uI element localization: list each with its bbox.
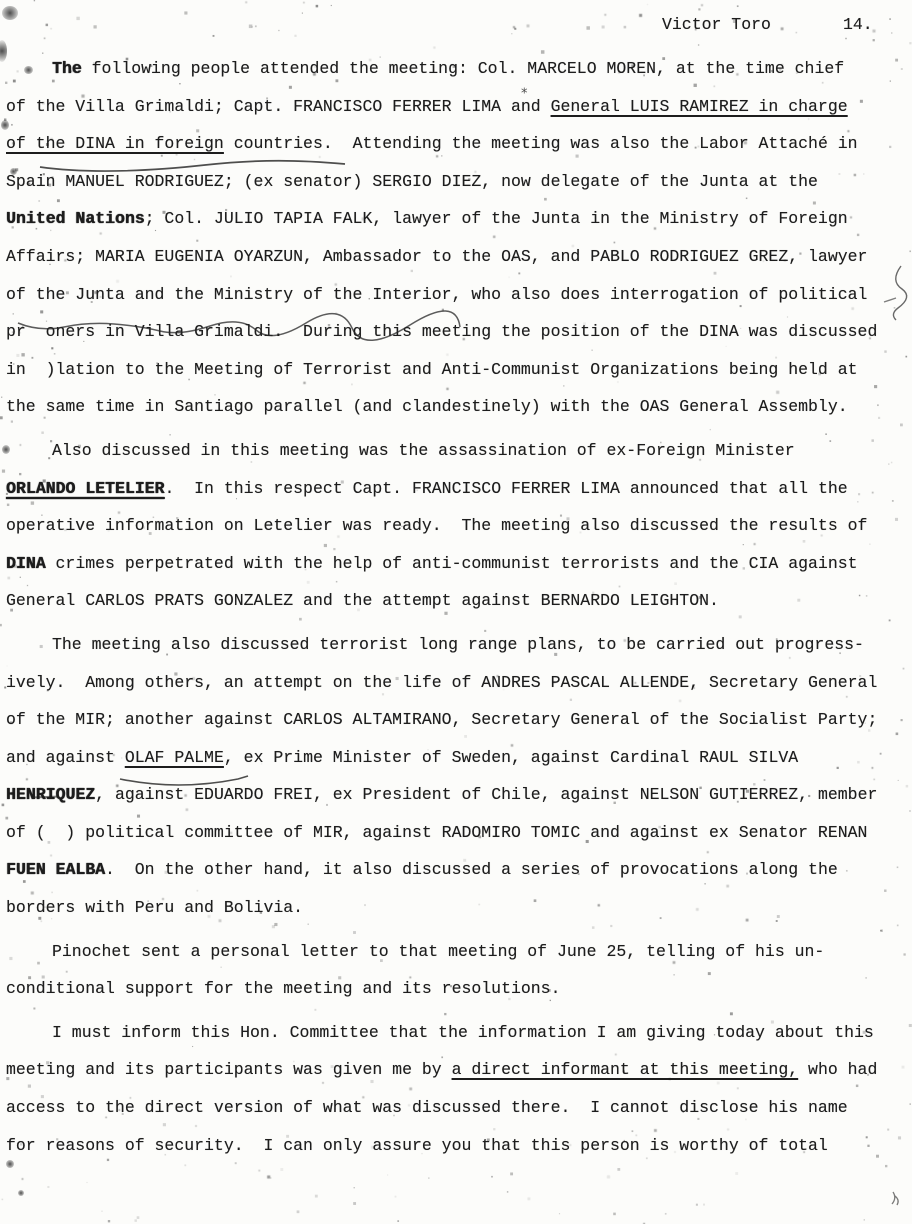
text-segment: following people attended the meeting: C… xyxy=(82,59,844,78)
text-line: of the MIR; another against CARLOS ALTAM… xyxy=(6,701,906,739)
text-line: of the Villa Grimaldi; Capt. FRANCISCO F… xyxy=(6,88,906,126)
margin-smudge xyxy=(6,1160,14,1168)
margin-smudge xyxy=(18,1190,24,1196)
text-segment: who had xyxy=(798,1060,877,1079)
text-segment: of the DINA in foreign xyxy=(6,134,224,153)
text-line: ively. Among others, an attempt on the l… xyxy=(6,664,906,702)
text-segment: pr oners in Villa Grimaldi. During this … xyxy=(6,322,877,341)
document-page: Victor Toro 14. The following people att… xyxy=(0,0,912,1224)
text-segment: of the Junta and the Ministry of the Int… xyxy=(6,285,867,304)
text-segment: OLAF PALME xyxy=(125,748,224,767)
scan-noise-layer xyxy=(0,0,1,1)
text-line: ORLANDO LETELIER. In this respect Capt. … xyxy=(6,470,906,508)
margin-smudge xyxy=(2,445,10,454)
text-segment: crimes perpetrated with the help of anti… xyxy=(46,554,858,573)
typed-asterisk-mark: ⁎ xyxy=(521,82,526,97)
page-number: 14. xyxy=(843,10,873,40)
document-body: The following people attended the meetin… xyxy=(6,50,906,1170)
text-line: conditional support for the meeting and … xyxy=(6,970,906,1008)
text-segment: . In this respect Capt. FRANCISCO FERRER… xyxy=(164,479,847,498)
text-line: meeting and its participants was given m… xyxy=(6,1051,906,1089)
corner-smudge xyxy=(2,6,18,20)
text-line: of ( ) political committee of MIR, again… xyxy=(6,814,906,852)
text-segment: for reasons of security. I can only assu… xyxy=(6,1136,828,1155)
text-segment: of the Villa Grimaldi; Capt. FRANCISCO F… xyxy=(6,97,551,116)
corner-smudge xyxy=(1,120,9,130)
text-segment: The xyxy=(52,59,82,78)
text-segment: ORLANDO LETELIER xyxy=(6,479,164,498)
text-segment: meeting and its participants was given m… xyxy=(6,1060,452,1079)
text-line: pr oners in Villa Grimaldi. During this … xyxy=(6,313,906,351)
text-line: FUEN EALBA. On the other hand, it also d… xyxy=(6,851,906,889)
paragraph: The meeting also discussed terrorist lon… xyxy=(6,626,906,927)
text-segment: the same time in Santiago parallel (and … xyxy=(6,397,848,416)
text-segment: a direct informant at this meeting, xyxy=(452,1060,799,1079)
text-line: I must inform this Hon. Committee that t… xyxy=(6,1014,906,1052)
text-line: HENRIQUEZ, against EDUARDO FREI, ex Pres… xyxy=(6,776,906,814)
text-segment: access to the direct version of what was… xyxy=(6,1098,848,1117)
text-segment: RI xyxy=(36,776,56,814)
text-segment: borders with Peru and Bolivia. xyxy=(6,898,303,917)
text-segment: of ( ) political committee of MIR, again… xyxy=(6,823,867,842)
text-segment: , ex Prime Minister of Sweden, against C… xyxy=(224,748,798,767)
paragraph: Pinochet sent a personal letter to that … xyxy=(6,933,906,1008)
text-line: The following people attended the meetin… xyxy=(6,50,906,88)
text-line: borders with Peru and Bolivia. xyxy=(6,889,906,927)
text-segment: Affairs; MARIA EUGENIA OYARZUN, Ambassad… xyxy=(6,247,867,266)
text-line: the same time in Santiago parallel (and … xyxy=(6,388,906,426)
text-segment: Spain MANUEL RODRIGUEZ; (ex senator) SER… xyxy=(6,172,818,191)
header-author: Victor Toro xyxy=(662,10,771,40)
stray-mark-bottom-right xyxy=(892,1192,898,1205)
text-segment: in )lation to the Meeting of Terrorist a… xyxy=(6,360,858,379)
text-segment: Also discussed in this meeting was the a… xyxy=(52,441,795,460)
text-line: for reasons of security. I can only assu… xyxy=(6,1127,906,1165)
text-segment: of the MIR; another against CARLOS ALTAM… xyxy=(6,710,877,729)
text-segment: I must inform this Hon. Committee that t… xyxy=(52,1023,874,1042)
text-segment: The meeting also discussed terrorist lon… xyxy=(52,635,864,654)
text-segment: QUEZ xyxy=(56,785,96,804)
text-line: operative information on Letelier was re… xyxy=(6,507,906,545)
paragraph: Also discussed in this meeting was the a… xyxy=(6,432,906,620)
corner-smudge xyxy=(10,168,17,175)
text-line: The meeting also discussed terrorist lon… xyxy=(6,626,906,664)
text-segment: Pinochet sent a personal letter to that … xyxy=(52,942,824,961)
text-line: in )lation to the Meeting of Terrorist a… xyxy=(6,351,906,389)
corner-smudge xyxy=(24,66,33,74)
text-segment: HEN xyxy=(6,785,36,804)
text-line: Affairs; MARIA EUGENIA OYARZUN, Ambassad… xyxy=(6,238,906,276)
text-segment: ; Col. JULIO TAPIA FALK, lawyer of the J… xyxy=(145,209,848,228)
text-segment: and against xyxy=(6,748,125,767)
text-line: Pinochet sent a personal letter to that … xyxy=(6,933,906,971)
text-line: of the DINA in foreign countries. Attend… xyxy=(6,125,906,163)
text-segment: , against EDUARDO FREI, ex President of … xyxy=(95,785,877,804)
text-line: of the Junta and the Ministry of the Int… xyxy=(6,276,906,314)
paragraph: The following people attended the meetin… xyxy=(6,50,906,426)
text-line: access to the direct version of what was… xyxy=(6,1089,906,1127)
text-segment: General CARLOS PRATS GONZALEZ and the at… xyxy=(6,591,719,610)
text-segment: United Nations xyxy=(6,209,145,228)
text-segment: ively. Among others, an attempt on the l… xyxy=(6,673,877,692)
text-segment: countries. Attending the meeting was als… xyxy=(224,134,858,153)
text-segment: FUEN EALBA xyxy=(6,860,105,879)
text-line: General CARLOS PRATS GONZALEZ and the at… xyxy=(6,582,906,620)
text-segment: General LUIS RAMIREZ in charge xyxy=(551,97,848,116)
text-line: Also discussed in this meeting was the a… xyxy=(6,432,906,470)
text-segment: operative information on Letelier was re… xyxy=(6,516,867,535)
text-segment: . On the other hand, it also discussed a… xyxy=(105,860,838,879)
text-segment: DINA xyxy=(6,554,46,573)
text-line: DINA crimes perpetrated with the help of… xyxy=(6,545,906,583)
text-line: and against OLAF PALME, ex Prime Ministe… xyxy=(6,739,906,777)
text-line: Spain MANUEL RODRIGUEZ; (ex senator) SER… xyxy=(6,163,906,201)
paragraph: I must inform this Hon. Committee that t… xyxy=(6,1014,906,1164)
text-line: United Nations; Col. JULIO TAPIA FALK, l… xyxy=(6,200,906,238)
text-segment: conditional support for the meeting and … xyxy=(6,979,561,998)
